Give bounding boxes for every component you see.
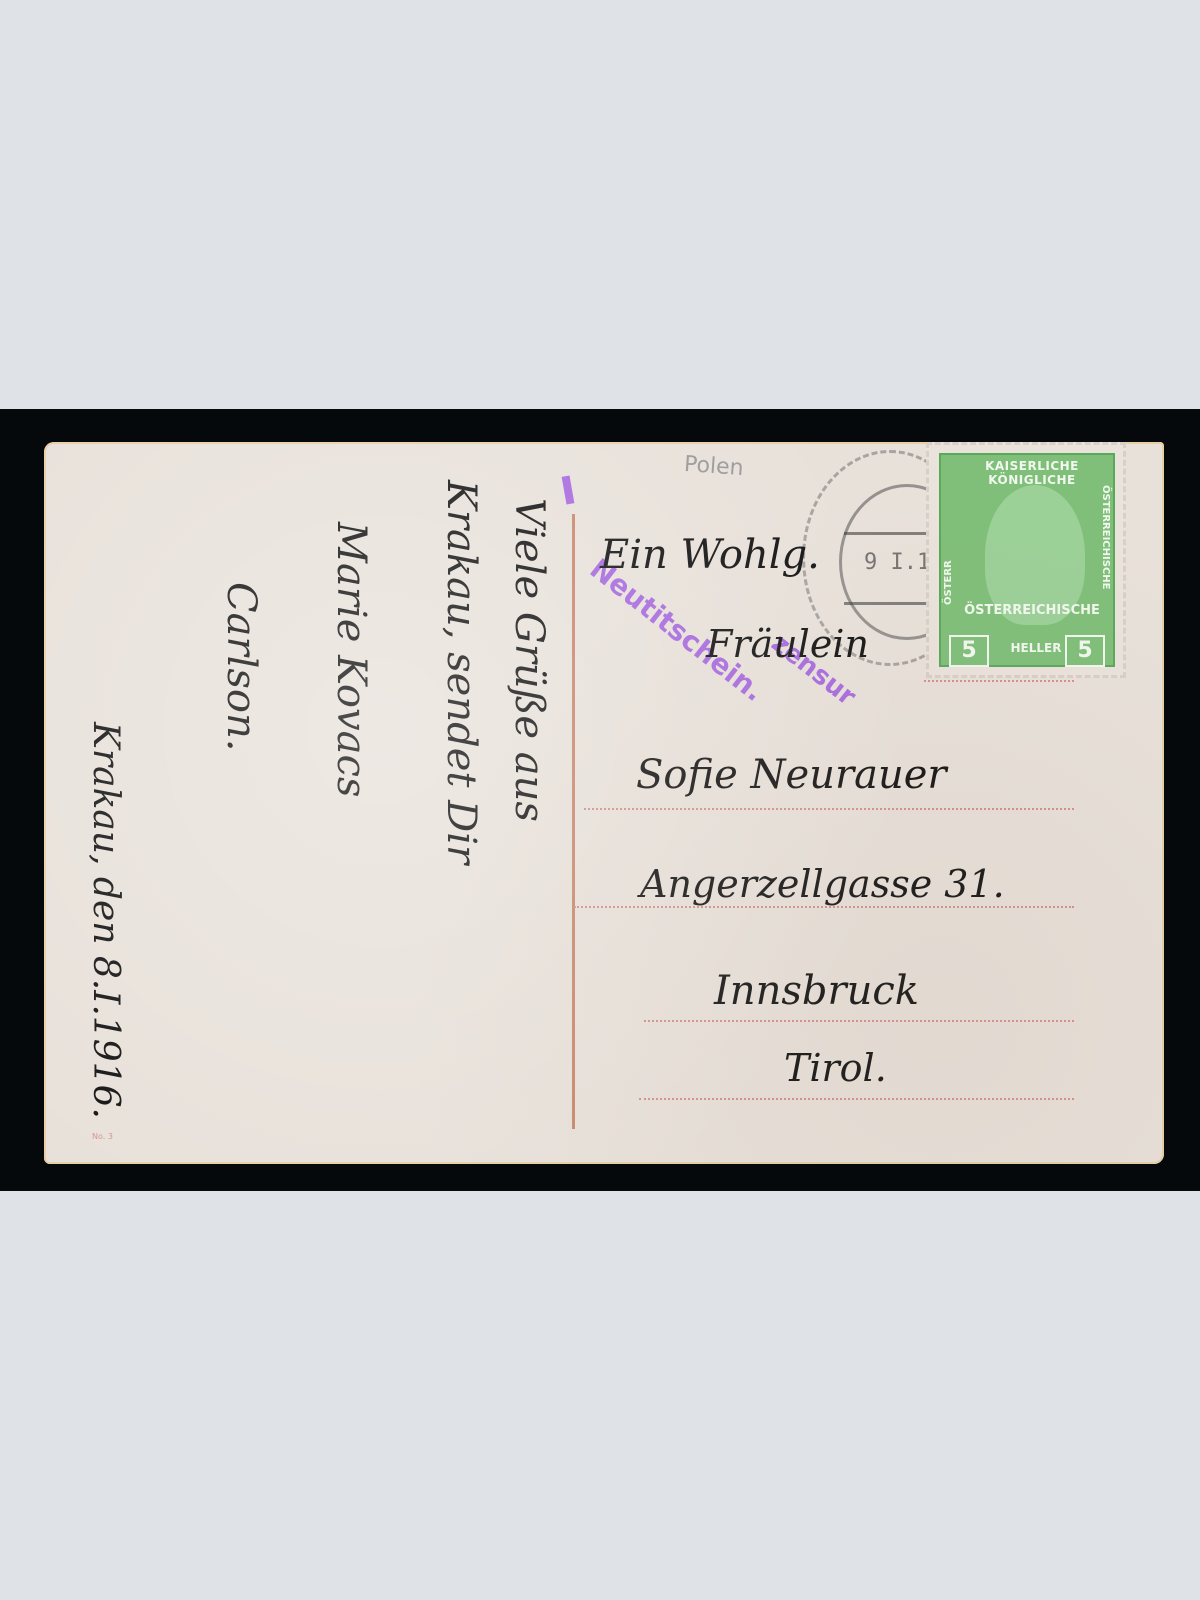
address-street: Angerzellgasse 31. <box>640 862 1005 906</box>
message-line-2: Krakau, sendet Dir <box>438 480 484 864</box>
postcard: Polen 9 I.16 KAISERLICHE KÖNIGLICHE ÖSTE… <box>44 442 1164 1164</box>
postage-stamp: KAISERLICHE KÖNIGLICHE ÖSTERR ÖSTERREICH… <box>926 442 1126 678</box>
stamp-value-right: 5 <box>1065 635 1105 667</box>
stamp-value-left: 5 <box>949 635 989 667</box>
address-line-3 <box>574 906 1074 908</box>
address-line-4 <box>644 1020 1074 1022</box>
message-date-line: Krakau, den 8.I.1916. <box>85 722 126 1119</box>
censor-mark-tick <box>562 476 575 505</box>
address-line-5 <box>639 1098 1074 1100</box>
message-line-1: Viele Grüße aus <box>506 498 552 822</box>
printer-mark: No. 3 <box>92 1132 113 1141</box>
stamp-text-right: ÖSTERREICHISCHE <box>1097 485 1111 605</box>
message-line-3: Marie Kovacs <box>328 522 374 797</box>
address-line-1 <box>924 680 1074 682</box>
address-title: Fräulein <box>706 622 869 666</box>
stamp-text-bottom: ÖSTERREICHISCHE <box>947 603 1117 618</box>
address-name: Sofie Neurauer <box>636 752 947 798</box>
address-city: Innsbruck <box>714 968 919 1014</box>
stamp-face: KAISERLICHE KÖNIGLICHE ÖSTERR ÖSTERREICH… <box>939 453 1115 667</box>
address-salutation: Ein Wohlg. <box>600 532 820 578</box>
stamp-text-top: KAISERLICHE KÖNIGLICHE <box>947 459 1117 487</box>
address-line-2 <box>584 808 1074 810</box>
message-signature: Carlson. <box>218 582 264 751</box>
stamp-denomination: HELLER <box>1001 641 1071 655</box>
center-divider-line <box>572 514 575 1129</box>
address-region: Tirol. <box>784 1046 887 1090</box>
stamp-text-left: ÖSTERR <box>943 485 957 605</box>
pencil-note: Polen <box>683 452 744 481</box>
